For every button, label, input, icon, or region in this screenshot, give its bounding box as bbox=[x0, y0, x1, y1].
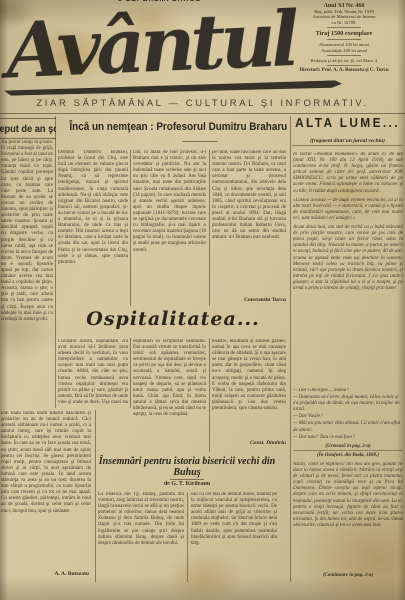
divider bbox=[327, 65, 361, 66]
alta-lume-paragraph-3: Acum două luni, am stat de vorbă cu o ba… bbox=[293, 225, 403, 292]
column-rule bbox=[187, 492, 188, 582]
column-rule bbox=[290, 116, 291, 582]
directors-line: Directori: Prof. A. A. Botezatu şi C. Tu… bbox=[287, 68, 401, 73]
registry-line-3: cu Nr. 16708. bbox=[287, 20, 401, 25]
article-alta-lume-subtitle: (fragment dintr'un jurnal vechiu) bbox=[292, 138, 403, 146]
article-buhusi-column-1: La biserica din Tg. Buhuş, păstrată din … bbox=[98, 492, 184, 580]
column-rule bbox=[209, 150, 210, 306]
divider bbox=[327, 39, 361, 40]
column-rule bbox=[209, 338, 210, 452]
divider bbox=[327, 55, 361, 56]
continuation-marker-bottom: (Continuare în pag. 2-a) bbox=[293, 573, 403, 578]
alta-lume-paragraph-2: «Lumea aceasta — de după vremea vecinici… bbox=[293, 198, 403, 222]
banner-rule bbox=[0, 113, 405, 114]
column-rule bbox=[130, 150, 131, 306]
article-braharu-column-2: Dar, în afară de bun profesor, d-l Braha… bbox=[133, 150, 206, 306]
continuation-marker: (Urmează în pag. 2-a) bbox=[293, 444, 403, 451]
dialogue-line: — Dar Vasile? bbox=[293, 414, 403, 420]
article-ospitalitatea-column-3: noastre, bucătarul şi surâsul gazdei; nu… bbox=[212, 339, 286, 439]
article-ospitalitatea-column-1: Cuvântul acesta, ospitalitate, n'a avut … bbox=[58, 339, 128, 405]
article-scolar-title-text: Început de an şcolar bbox=[0, 121, 56, 138]
address-line: Redacţia şi ad-ţia str. Şt. cel Mare, 4 bbox=[287, 58, 401, 63]
article-scolar-title: Început de an şcolar bbox=[0, 118, 56, 139]
article-alta-lume-dialogue: — Dar Gheorghe..., mamă? — Dumnezeu să-l… bbox=[293, 388, 403, 442]
article-braharu-column-3: pe rând, toate răscoalele care au dus la… bbox=[212, 150, 286, 296]
dialogue-line: — Dar Gheorghe..., mamă? bbox=[293, 388, 403, 394]
article-ospitalitatea-column-2: ospitalieri în scripturile neamului. Dar… bbox=[133, 339, 206, 451]
divider bbox=[327, 27, 361, 28]
article-scolar-column-2: Din toată inima urăm tuturor dascălilor … bbox=[1, 411, 91, 569]
tiraj-line: Tiraj 1500 exemplare bbox=[287, 30, 401, 37]
subscription-line-2: Autorităţile 200 lei anual bbox=[287, 48, 401, 53]
headline-underline bbox=[170, 479, 204, 480]
column-rule bbox=[95, 410, 96, 582]
newspaper-page: 3 LEI EXEMPLARUL Avântul Anul XI Nr. 460… bbox=[0, 0, 405, 600]
article-braharu-signature: Constantin Turcu bbox=[212, 297, 286, 303]
dialogue-line: — Dar tata? Tata ce mai face? bbox=[293, 435, 403, 441]
article-buhusi-title: Însemnări pentru istoria bisericii vechi… bbox=[97, 456, 277, 478]
column-rule bbox=[130, 338, 131, 408]
article-buhusi-byline: de G. T. Kirileanu bbox=[97, 481, 277, 487]
article-braharu-column-1: Domnul Dumitru Braharu, profesor la lice… bbox=[58, 150, 128, 306]
dialogue-line: — Măi nu ştiu nimic dela dânsul. Că nimi… bbox=[293, 421, 403, 433]
column-rule bbox=[55, 116, 56, 408]
masthead-info-block: Anul XI Nr. 460 Reg. publ. Trib. Neamţ N… bbox=[287, 3, 401, 73]
dialogue-line: — Dumnezeu să-l ierte, dragă mamă; călca… bbox=[293, 395, 403, 413]
article-alta-lume-title: ALTA LUME... bbox=[294, 116, 401, 130]
alta-lume-lead: În ziarul «Neamul Românesc» de acum 25 d… bbox=[293, 152, 403, 195]
headline-underline bbox=[182, 141, 218, 142]
article-scolar-column-1: Au pornit iarăşi la şcoală. O viaţă într… bbox=[1, 140, 53, 406]
article-buhusi-column-2: sau cu cel mai de demult nume, întâlnit … bbox=[191, 492, 277, 580]
article-alta-lume-body: În ziarul «Neamul Românesc» de acum 25 d… bbox=[293, 152, 403, 386]
article-ospitalitatea-signature: Const. Dimitriu bbox=[212, 440, 286, 446]
article-alta-lume-segment-2: Astăzi, când se împlinesc din nou ani gr… bbox=[293, 462, 403, 570]
article-scolar-signature: A. A. Botezatu bbox=[1, 571, 89, 577]
source-note: (În Ostafuri, din Buda, 1888.) bbox=[293, 453, 403, 458]
newspaper-banner: ZIAR SĂPTĂMÂNAL — CULTURAL ŞI INFORMATIV… bbox=[0, 98, 405, 109]
article-ospitalitatea-title: Ospitalitatea... bbox=[58, 308, 288, 330]
article-braharu-title: Încă un nemţean : Profesorul Dumitru Bra… bbox=[69, 117, 274, 139]
